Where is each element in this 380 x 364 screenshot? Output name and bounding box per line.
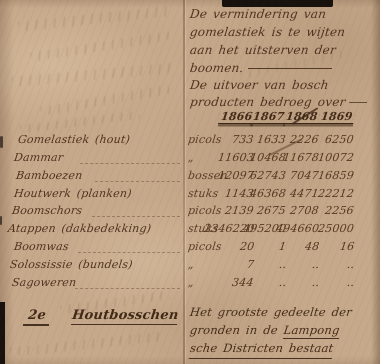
leader-line: [78, 252, 180, 253]
intro-paragraph-2: De uitvoer van bosch producten bedroeg o…: [190, 77, 376, 111]
closing-paragraph: Het grootste gedeelte der gronden in de …: [190, 303, 376, 359]
year-header: 1869: [318, 110, 355, 124]
intro-line: producten bedroeg over: [190, 94, 376, 111]
bleedthrough-mark: [30, 31, 170, 62]
row-value: 6250: [324, 133, 354, 146]
row-value: ..: [346, 276, 355, 289]
table-row: Solossissie (bundels) „ 7 .. .. ..: [0, 258, 380, 276]
row-value: 10468: [249, 151, 287, 164]
year-header: 1867: [250, 110, 287, 124]
table-row: Dammar „ 11603 10468 11678 10072: [0, 151, 380, 169]
row-label: Bamboezen: [15, 169, 83, 182]
row-value: 4471: [289, 187, 319, 200]
row-unit: picols: [187, 204, 222, 217]
bleedthrough-mark: [18, 6, 168, 32]
manuscript-page: De vermindering van gomelastiek is te wi…: [0, 0, 380, 364]
row-unit: picols: [187, 240, 222, 253]
table-row: Gomelastiek (hout) picols 733 1633 2226 …: [0, 133, 380, 151]
intro-line: De uitvoer van bosch: [190, 77, 376, 94]
section-marker: 2e: [23, 308, 51, 326]
table-row: Boomschors picols 2139 2675 2708 2256: [0, 204, 380, 222]
row-label: Boomwas: [13, 240, 69, 253]
row-value: 2226: [289, 133, 319, 146]
row-value: 16: [339, 240, 355, 253]
row-unit: „: [187, 276, 195, 289]
intro-paragraph: De vermindering van gomelastiek is te wi…: [190, 5, 376, 77]
row-label: Boomschors: [11, 204, 83, 217]
row-label: Atappen (dakbedekking): [7, 222, 152, 235]
row-value: 344: [232, 276, 255, 289]
row-value: 7047: [289, 169, 319, 182]
leader-line: [95, 181, 180, 182]
intro-line: aan het uitsterven der: [190, 41, 376, 59]
bleedthrough-mark: [10, 332, 160, 357]
table-row: Boomwas picols 20 1 48 16: [0, 240, 380, 258]
table-row: Houtwerk (planken) stuks 1143 46368 4471…: [0, 187, 380, 205]
row-value: 2139: [224, 204, 254, 217]
row-unit: picols: [187, 133, 222, 146]
row-value: 2708: [289, 204, 319, 217]
leader-line: [92, 216, 180, 217]
ink-rule: [248, 68, 332, 69]
table-row: Bamboezen bossen 12097 62743 7047 16859: [0, 169, 380, 187]
row-value: 2256: [324, 204, 354, 217]
closing-line: sche Districten bestaat: [190, 339, 376, 359]
row-value: ..: [311, 276, 320, 289]
row-value: 10072: [317, 151, 355, 164]
table-row: Sagoweren „ 344 .. .. ..: [0, 276, 380, 294]
bleedthrough-mark: [12, 63, 172, 87]
intro-line: gomelastiek is te wijten: [190, 23, 376, 41]
intro-line: De vermindering van: [190, 5, 376, 23]
row-value: 1633: [256, 133, 286, 146]
intro-line: boomen.: [190, 59, 376, 77]
row-value: 25000: [317, 222, 355, 235]
row-value: 7: [246, 258, 255, 271]
underlined-word: Lampong: [283, 323, 341, 339]
row-label: Houtwerk (planken): [13, 187, 132, 200]
section-title: Houtbosschen: [71, 308, 179, 325]
row-value: ..: [346, 258, 355, 271]
year-header-row: 1866 1867 1868 1869: [0, 110, 380, 128]
row-unit: „: [187, 151, 195, 164]
row-value: ..: [278, 276, 287, 289]
table-row: Atappen (dakbedekking) stuks 2346220 495…: [0, 222, 380, 240]
row-value: 11678: [282, 151, 320, 164]
row-value: 20: [239, 240, 255, 253]
row-unit: stuks: [187, 187, 219, 200]
row-value: ..: [311, 258, 320, 271]
row-value: 46368: [249, 187, 287, 200]
row-label: Dammar: [13, 151, 64, 164]
row-value: 494660: [275, 222, 320, 235]
row-value: ..: [278, 258, 287, 271]
row-value: 62743: [249, 169, 287, 182]
ink-dash: [349, 102, 367, 103]
closing-line: Het grootste gedeelte der: [190, 303, 376, 321]
row-value: 16859: [317, 169, 355, 182]
closing-line: gronden in de Lampong: [190, 321, 376, 339]
row-label: Gomelastiek (hout): [17, 133, 131, 146]
row-value: 48: [304, 240, 320, 253]
scan-band-left: [0, 302, 5, 364]
row-label: Solossissie (bundels): [9, 258, 133, 271]
row-value: 22212: [317, 187, 355, 200]
row-value: 733: [232, 133, 255, 146]
row-label: Sagoweren: [11, 276, 77, 289]
leader-line: [80, 163, 180, 164]
row-value: 1: [278, 240, 287, 253]
row-unit: „: [187, 258, 195, 271]
row-value: 2675: [256, 204, 286, 217]
leader-line: [75, 288, 180, 289]
